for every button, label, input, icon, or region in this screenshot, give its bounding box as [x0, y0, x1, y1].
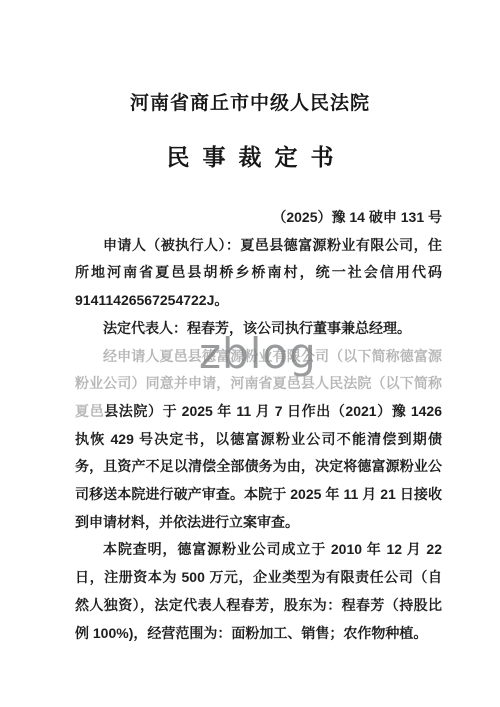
document-body: （2025）豫 14 破申 131 号 申请人（被执行人）：夏邑县德富源粉业有限… [0, 204, 500, 647]
paragraph-legal-representative: 法定代表人：程春芳，该公司执行董事兼总经理。 [75, 315, 442, 343]
court-name: 河南省商丘市中级人民法院 [0, 0, 500, 116]
document-title: 民事裁定书 [0, 144, 500, 171]
paragraph-transfer-ruling: 经申请人夏邑县德富源粉业有限公司（以下简称德富源粉业公司）同意并申请，河南省夏邑… [75, 343, 442, 537]
paragraph-transfer-rest-text: 县法院）于 2025 年 11 月 7 日作出（2021）豫 1426 执恢 4… [75, 403, 442, 530]
paragraph-court-findings: 本院查明，德富源粉业公司成立于 2010 年 12 月 22 日，注册资本为 5… [75, 536, 442, 647]
case-number: （2025）豫 14 破申 131 号 [75, 204, 442, 232]
paragraph-applicant: 申请人（被执行人）：夏邑县德富源粉业有限公司，住所地河南省夏邑县胡桥乡桥南村，统… [75, 232, 442, 315]
document-page: zblog 河南省商丘市中级人民法院 民事裁定书 （2025）豫 14 破申 1… [0, 0, 500, 707]
